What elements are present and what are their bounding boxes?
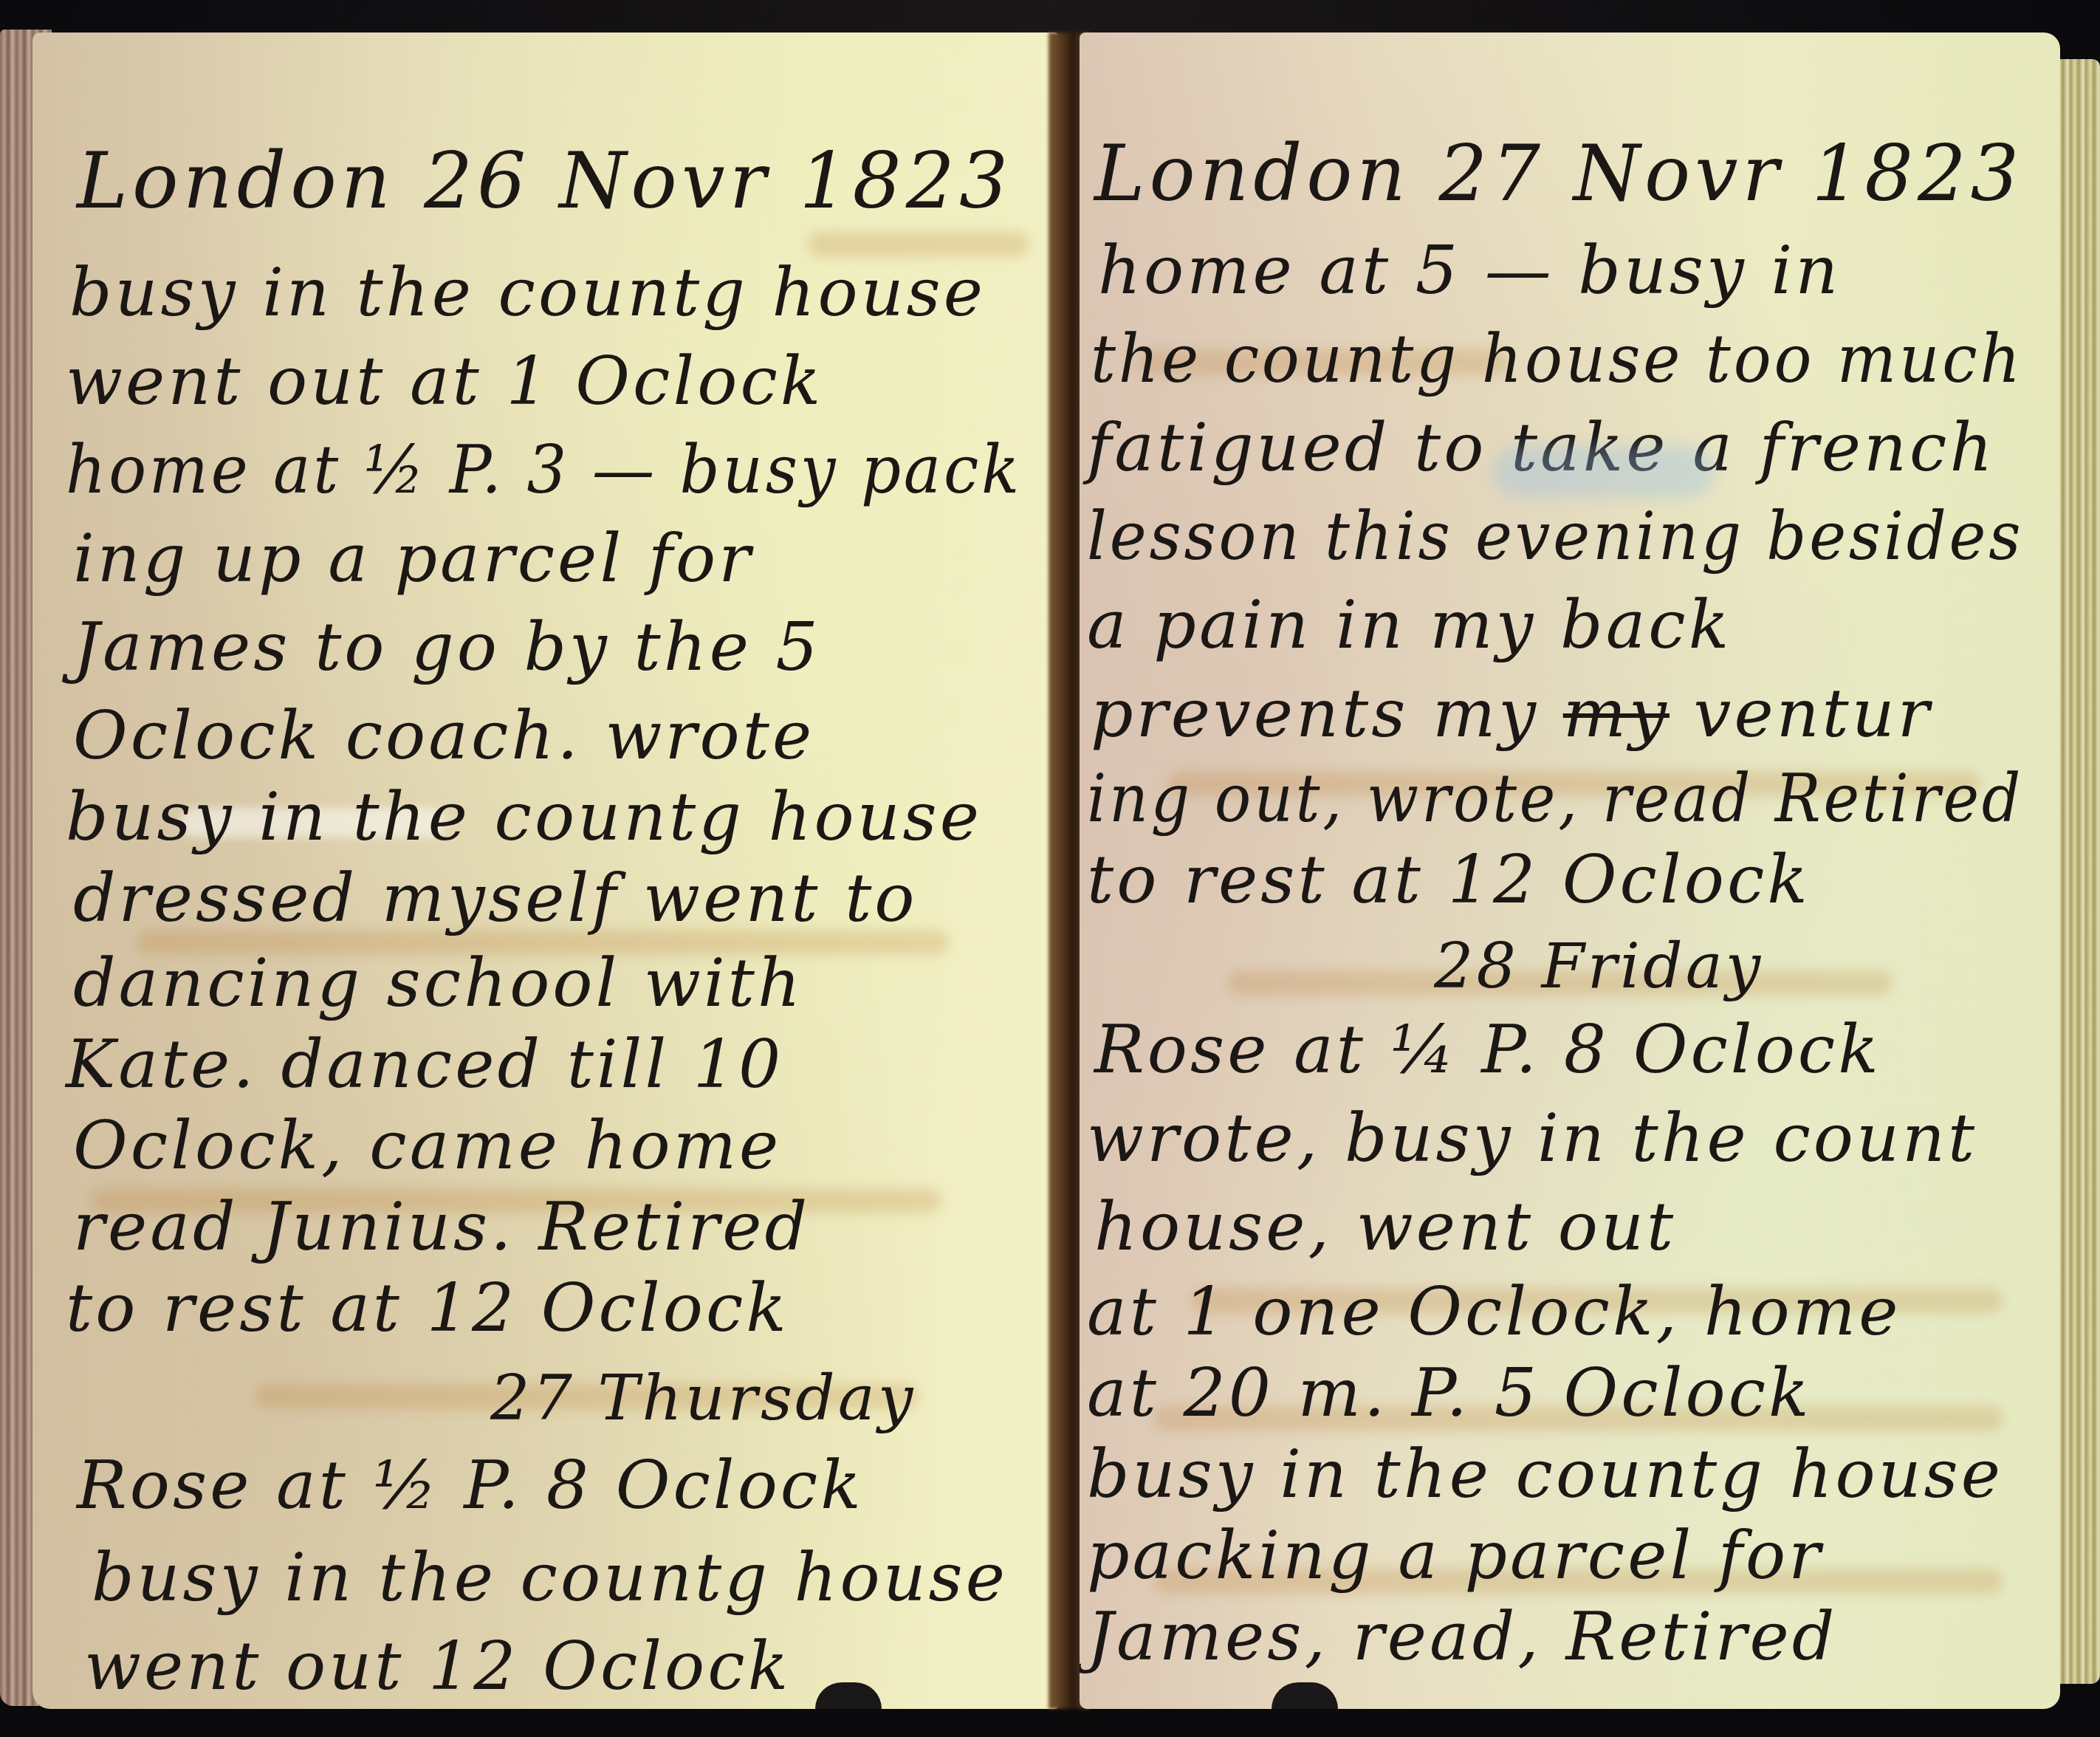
text-line: house, went out [1094,1188,1676,1266]
text-line: Oclock, came home [73,1107,781,1185]
day-heading: 27 Thursday [490,1362,916,1434]
text-line: went out 12 Oclock [84,1628,791,1705]
text-line: Kate. danced till 10 [66,1026,783,1103]
text-line: Rose at ½ P. 8 Oclock [77,1447,864,1524]
text-line: James, read, Retired [1087,1598,1837,1676]
text-line: ing out, wrote, read Retired [1087,760,2023,837]
left-page: London 26 Novr 1823 busy in the countg h… [32,32,1059,1709]
text-line: went out at 1 Oclock [66,343,823,420]
text-line: home at 5 — busy in [1098,232,1841,309]
text-line: busy in the countg house [92,1539,1008,1617]
day-heading: 28 Friday [1434,930,1763,1002]
right-page: London 27 Novr 1823 home at 5 — busy in … [1080,32,2060,1709]
text-line: the countg house too much [1091,321,2023,398]
text-line: lesson this evening besides [1087,498,2023,575]
right-page-edges [2056,59,2100,1684]
text-line: at 1 one Oclock, home [1087,1273,1901,1351]
text-line: dancing school with [73,945,803,1022]
text-line: ing up a parcel for [73,520,753,597]
text-line: prevents my my ventur [1091,675,1932,753]
text-line: read Junius. Retired [73,1188,810,1266]
text-line: busy in the countg house [66,778,982,856]
entry-heading: London 27 Novr 1823 [1094,129,2023,219]
blue-smudge [1493,446,1715,498]
text-line: busy in the countg house [69,254,986,332]
text-line: wrote, busy in the count [1087,1100,1977,1177]
text-line: to rest at 12 Oclock [1087,841,1811,919]
text-line: Rose at ¼ P. 8 Oclock [1094,1011,1881,1089]
entry-heading: London 26 Novr 1823 [77,136,1012,226]
text-line: Oclock coach. wrote [73,697,814,775]
left-page-text: London 26 Novr 1823 busy in the countg h… [32,32,1059,1709]
text-line: a pain in my back [1087,586,1732,664]
text-line: at 20 m. P. 5 Oclock [1087,1354,1812,1432]
text-line: to rest at 12 Oclock [66,1270,789,1347]
text-line: busy in the countg house [1087,1436,2003,1513]
right-page-text: London 27 Novr 1823 home at 5 — busy in … [1080,32,2060,1709]
struck-word: my [1563,675,1670,753]
text-line: James to go by the 5 [73,609,821,686]
text-line: home at ½ P. 3 — busy pack [66,431,1022,509]
text-line: dressed myself went to [73,860,917,937]
text-line: packing a parcel for [1087,1517,1823,1594]
book-photograph: London 26 Novr 1823 busy in the countg h… [0,0,2100,1737]
